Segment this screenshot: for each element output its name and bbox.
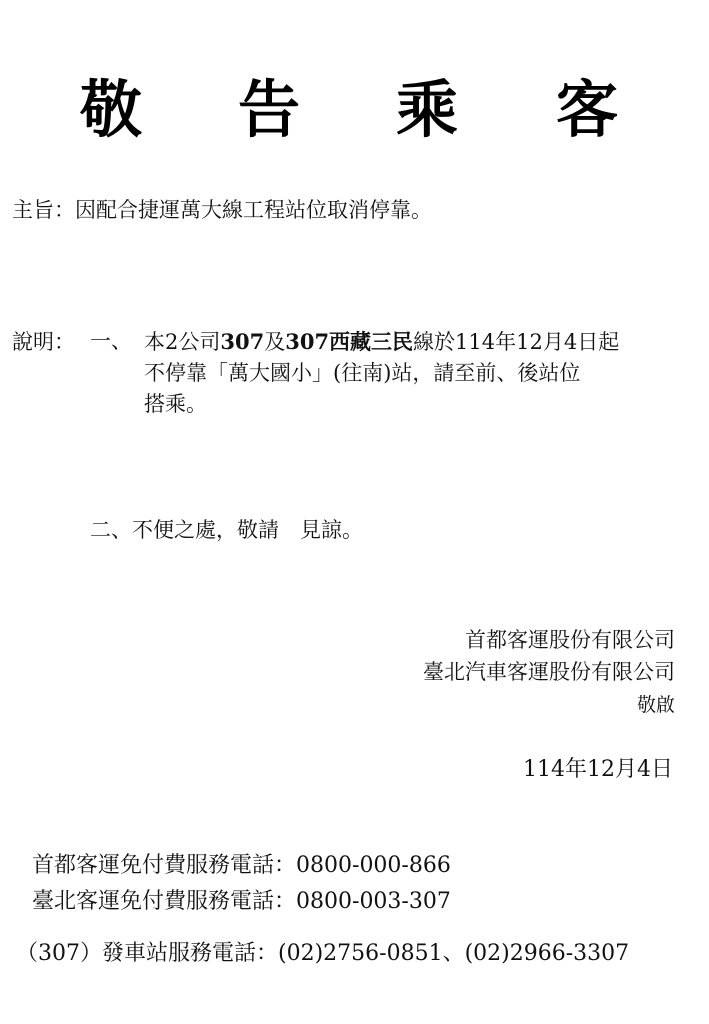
item-2-text: 不便之處，敬請 見諒。 bbox=[132, 518, 363, 542]
contact-depot-307: （307）發車站服務電話：(02)2756-0851、(02)2966-3307 bbox=[16, 936, 629, 967]
title-char: 告 bbox=[238, 60, 300, 149]
notice-date: 114年12月4日 bbox=[523, 752, 673, 783]
route-307-xizang-sanmin: 307西藏三民 bbox=[285, 329, 413, 354]
item-1-text: 本2公司307及307西藏三民線於114年12月4日起 不停靠「萬大國小」(往南… bbox=[144, 326, 619, 420]
item-1-number: 一、 bbox=[90, 326, 132, 357]
phone-number: (02)2756-0851、(02)2966-3307 bbox=[278, 941, 629, 966]
subject-text: 因配合捷運萬大線工程站位取消停靠。 bbox=[75, 198, 432, 222]
signature-company-1: 首都客運股份有限公司 bbox=[465, 624, 675, 654]
item-1-line-1: 本2公司307及307西藏三民線於114年12月4日起 bbox=[144, 326, 619, 358]
description-label: 說明： bbox=[12, 326, 75, 356]
contact-capital-bus: 首都客運免付費服務電話：0800-000-866 bbox=[32, 848, 451, 879]
item-1-line-2: 不停靠「萬大國小」(往南)站，請至前、後站位 bbox=[144, 358, 619, 389]
route-307: 307 bbox=[220, 329, 264, 354]
signature-closing: 敬啟 bbox=[637, 690, 675, 717]
signature-company-2: 臺北汽車客運股份有限公司 bbox=[423, 656, 675, 686]
item-1-line-3: 搭乘。 bbox=[144, 389, 619, 420]
subject-line: 主旨：因配合捷運萬大線工程站位取消停靠。 bbox=[12, 194, 432, 224]
item-2-number: 二、 bbox=[90, 518, 132, 542]
subject-label: 主旨： bbox=[12, 198, 75, 222]
contact-taipei-bus: 臺北客運免付費服務電話：0800-003-307 bbox=[32, 884, 451, 915]
notice-title: 敬 告 乘 客 bbox=[0, 60, 709, 150]
title-char: 敬 bbox=[80, 60, 142, 149]
phone-number: 0800-000-866 bbox=[296, 853, 451, 878]
phone-number: 0800-003-307 bbox=[296, 889, 451, 914]
title-char: 客 bbox=[556, 60, 618, 149]
title-char: 乘 bbox=[396, 60, 458, 149]
item-2: 二、不便之處，敬請 見諒。 bbox=[90, 515, 363, 546]
